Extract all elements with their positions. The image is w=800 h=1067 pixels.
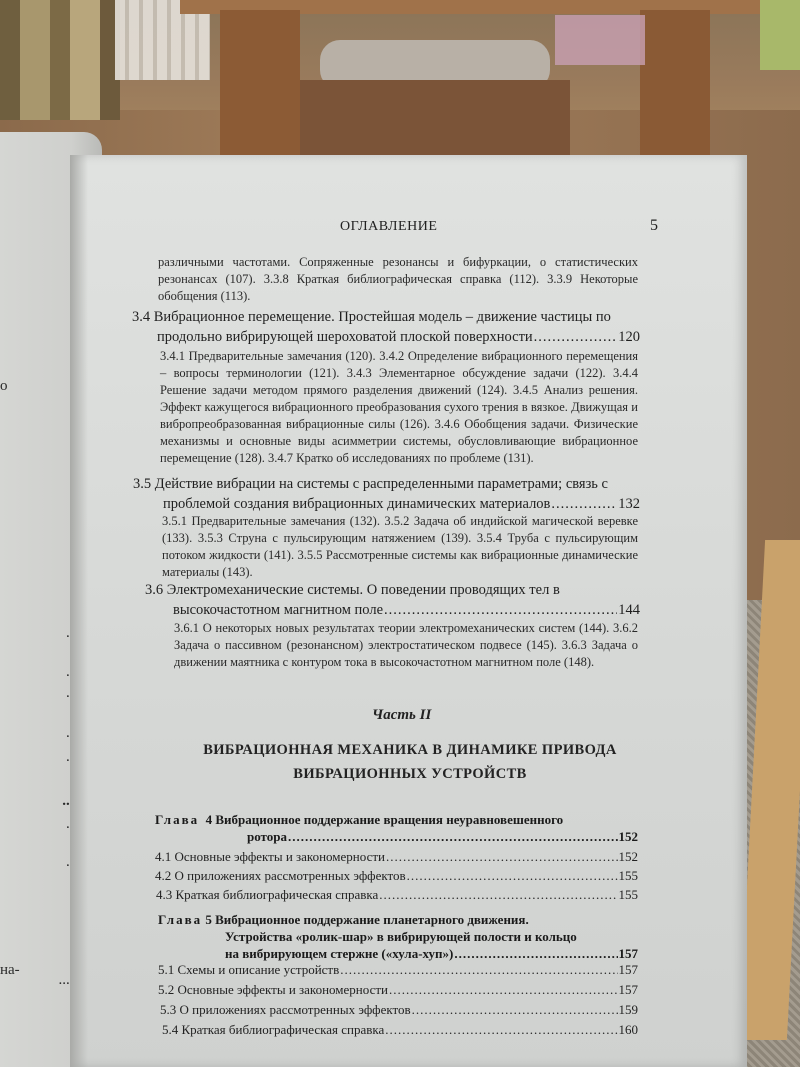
entry-label: 4.1 Основные эффекты и закономерности <box>155 848 385 865</box>
entry-label: 5.2 Основные эффекты и закономерности <box>158 981 388 998</box>
part-title: ВИБРАЦИОННАЯ МЕХАНИКА В ДИНАМИКЕ ПРИВОДА… <box>185 738 635 786</box>
leader-dots <box>551 494 617 514</box>
part-label: Часть II <box>372 707 431 724</box>
toc-entry-5-3: 5.3 О приложениях рассмотренных эффектов… <box>160 1001 638 1018</box>
leader-dots <box>288 828 617 845</box>
section-3-4-subsections: 3.4.1 Предварительные замечания (120). 3… <box>160 348 638 467</box>
toc-entry-4-1: 4.1 Основные эффекты и закономерности152 <box>155 848 638 865</box>
section-number: 3.5 <box>133 476 151 492</box>
entry-label: 4.2 О приложениях рассмотренных эффектов <box>155 867 406 884</box>
toc-chapter-5: Глава 5 Вибрационное поддержание планета… <box>158 911 638 962</box>
leader-dots <box>389 981 618 998</box>
toc-section-3-5: 3.5 Действие вибрации на системы с распр… <box>133 474 640 514</box>
section-title-cont: высокочастотном магнитном поле <box>173 600 383 620</box>
chapter-title-cont: ротора <box>247 828 287 845</box>
table-of-contents: ОГЛАВЛЕНИЕ 5 различными частотами. Сопря… <box>0 0 800 1067</box>
leader-dots <box>454 945 617 962</box>
section-number: 3.6 <box>145 582 163 598</box>
entry-label: 4.3 Краткая библиографическая справка <box>156 886 378 903</box>
chapter-prefix: Глава <box>158 912 202 927</box>
entry-page: 157 <box>619 981 639 998</box>
entry-page: 155 <box>619 886 639 903</box>
entry-page: 159 <box>619 1001 639 1018</box>
entry-page: 152 <box>619 848 639 865</box>
chapter-number: 5 <box>205 912 212 927</box>
entry-label: 5.1 Схемы и описание устройств <box>158 961 339 978</box>
leader-dots <box>385 1021 617 1038</box>
leader-dots <box>412 1001 618 1018</box>
leader-dots <box>534 327 618 347</box>
chapter-title-cont: на вибрирующем стержне («хула-хуп») <box>225 945 453 962</box>
leader-dots <box>384 600 617 620</box>
chapter-title: Вибрационное поддержание планетарного дв… <box>215 912 529 927</box>
entry-label: 5.4 Краткая библиографическая справка <box>162 1021 384 1038</box>
section-number: 3.4 <box>132 309 150 325</box>
leader-dots <box>340 961 617 978</box>
chapter-number: 4 <box>206 812 213 827</box>
section-title: Вибрационное перемещение. Простейшая мод… <box>154 309 611 325</box>
part-title-line: ВИБРАЦИОННЫХ УСТРОЙСТВ <box>185 762 635 786</box>
part-title-line: ВИБРАЦИОННАЯ МЕХАНИКА В ДИНАМИКЕ ПРИВОДА <box>185 738 635 762</box>
section-page: 132 <box>618 494 640 514</box>
section-3-6-subsections: 3.6.1 О некоторых новых результатах теор… <box>174 620 638 671</box>
entry-page: 155 <box>619 867 639 884</box>
toc-section-3-4: 3.4 Вибрационное перемещение. Простейшая… <box>132 307 640 347</box>
leader-dots <box>407 867 618 884</box>
leader-dots <box>379 886 617 903</box>
section-3-5-subsections: 3.5.1 Предварительные замечания (132). 3… <box>162 513 638 581</box>
toc-chapter-4: Глава 4 Вибрационное поддержание вращени… <box>155 811 638 845</box>
toc-entry-5-2: 5.2 Основные эффекты и закономерности157 <box>158 981 638 998</box>
page-number: 5 <box>650 217 658 235</box>
leader-dots <box>386 848 618 865</box>
continuation-paragraph: различными частотами. Сопряженные резона… <box>158 254 638 305</box>
entry-page: 160 <box>619 1021 639 1038</box>
section-title-cont: продольно вибрирующей шероховатой плоско… <box>157 327 533 347</box>
entry-label: 5.3 О приложениях рассмотренных эффектов <box>160 1001 411 1018</box>
chapter-title-cont: Устройства «ролик-шар» в вибрирующей пол… <box>225 928 577 945</box>
toc-entry-5-1: 5.1 Схемы и описание устройств157 <box>158 961 638 978</box>
toc-entry-5-4: 5.4 Краткая библиографическая справка160 <box>162 1021 638 1038</box>
toc-entry-4-3: 4.3 Краткая библиографическая справка155 <box>156 886 638 903</box>
section-title: Электромеханические системы. О поведении… <box>167 582 560 598</box>
section-page: 120 <box>618 327 640 347</box>
toc-section-3-6: 3.6 Электромеханические системы. О повед… <box>145 580 640 620</box>
entry-page: 157 <box>619 961 639 978</box>
running-header: ОГЛАВЛЕНИЕ <box>340 219 437 235</box>
chapter-title: Вибрационное поддержание вращения неурав… <box>215 812 563 827</box>
section-page: 144 <box>618 600 640 620</box>
section-title-cont: проблемой создания вибрационных динамиче… <box>163 494 550 514</box>
chapter-page: 157 <box>619 945 639 962</box>
section-title: Действие вибрации на системы с распредел… <box>155 476 608 492</box>
toc-entry-4-2: 4.2 О приложениях рассмотренных эффектов… <box>155 867 638 884</box>
chapter-prefix: Глава <box>155 812 199 827</box>
chapter-page: 152 <box>619 828 639 845</box>
